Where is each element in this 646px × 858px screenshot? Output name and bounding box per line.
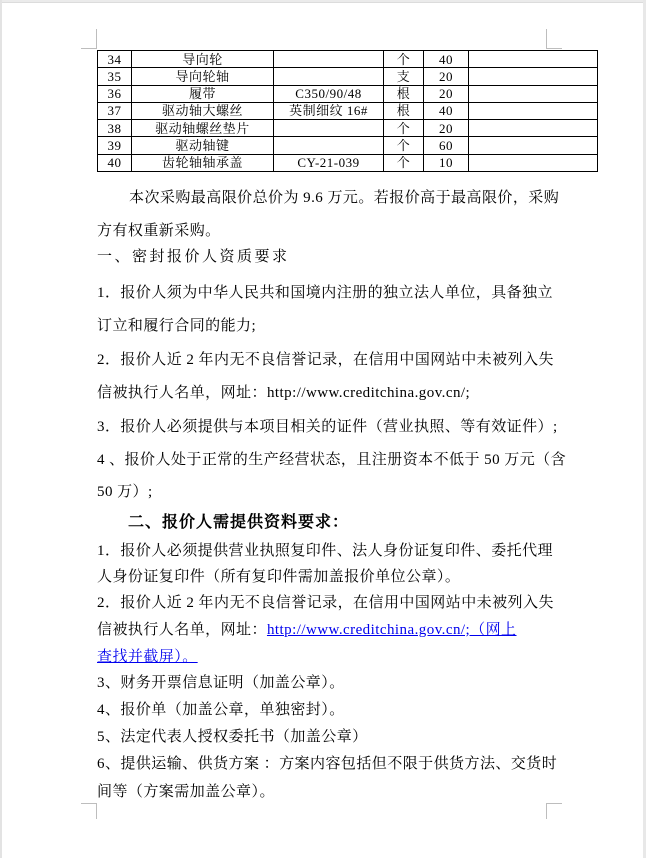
cell-unit: 支 [384, 68, 424, 85]
cell-qty: 20 [424, 68, 469, 85]
margin-mark-bottom-left [81, 803, 97, 819]
cell-qty: 40 [424, 51, 469, 68]
table-row: 35 导向轮轴 支 20 [98, 68, 598, 85]
cell-note [469, 102, 598, 119]
cell-note [469, 137, 598, 154]
intro-line-1: 本次采购最高限价总价为 9.6 万元。若报价高于最高限价，采购 [129, 188, 559, 208]
section2-item2-line1: 2．报价人近 2 年内无不良信誉记录，在信用中国网站中未被列入失 [97, 593, 554, 613]
table-row: 40 齿轮轴轴承盖 CY-21-039 个 10 [98, 154, 598, 171]
cell-name: 导向轮轴 [132, 68, 274, 85]
cell-name: 履带 [132, 85, 274, 102]
creditchina-link-continued[interactable]: 查找并截屏）。 [97, 649, 198, 665]
cell-unit: 个 [384, 137, 424, 154]
table-row: 36 履带 C350/90/48 根 20 [98, 85, 598, 102]
page-edge-left [0, 0, 2, 858]
cell-name: 驱动轴螺丝垫片 [132, 120, 274, 137]
section2-item6-line2: 间等（方案需加盖公章）。 [97, 782, 275, 802]
cell-name: 导向轮 [132, 51, 274, 68]
cell-note [469, 85, 598, 102]
creditchina-link[interactable]: http://www.creditchina.gov.cn/;（网上 [267, 622, 517, 638]
cell-spec [274, 120, 384, 137]
cell-no: 34 [98, 51, 132, 68]
cell-spec [274, 68, 384, 85]
cell-no: 39 [98, 137, 132, 154]
cell-name: 驱动轴键 [132, 137, 274, 154]
cell-unit: 个 [384, 51, 424, 68]
cell-note [469, 51, 598, 68]
cell-qty: 60 [424, 137, 469, 154]
cell-unit: 根 [384, 85, 424, 102]
section2-item5: 5、法定代表人授权委托书（加盖公章） [97, 727, 368, 747]
cell-note [469, 120, 598, 137]
page-edge-top [0, 0, 646, 3]
cell-qty: 20 [424, 85, 469, 102]
section2-heading: 二、报价人需提供资料要求： [128, 513, 349, 533]
cell-no: 36 [98, 85, 132, 102]
section1-item2-line2: 信被执行人名单，网址：http://www.creditchina.gov.cn… [97, 383, 470, 403]
cell-unit: 个 [384, 154, 424, 171]
section1-item1-line1: 1．报价人须为中华人民共和国境内注册的独立法人单位，具备独立 [97, 283, 553, 303]
cell-no: 37 [98, 102, 132, 119]
cell-name: 齿轮轴轴承盖 [132, 154, 274, 171]
table-row: 38 驱动轴螺丝垫片 个 20 [98, 120, 598, 137]
table-row: 37 驱动轴大螺丝 英制细纹 16# 根 40 [98, 102, 598, 119]
section1-item4-line2: 50 万）; [97, 482, 153, 502]
margin-mark-bottom-right [546, 803, 562, 819]
intro-line-2: 方有权重新采购。 [97, 221, 221, 241]
cell-spec [274, 51, 384, 68]
document-page: 34 导向轮 个 40 35 导向轮轴 支 20 36 履带 C350/90/4… [0, 0, 646, 858]
cell-no: 38 [98, 120, 132, 137]
cell-no: 40 [98, 154, 132, 171]
cell-spec [274, 137, 384, 154]
section2-item2-line3: 查找并截屏）。 [97, 647, 198, 667]
cell-spec: C350/90/48 [274, 85, 384, 102]
section2-item3: 3、财务开票信息证明（加盖公章）。 [97, 673, 345, 693]
cell-unit: 根 [384, 102, 424, 119]
section2-item2-line2: 信被执行人名单，网址：http://www.creditchina.gov.cn… [97, 620, 517, 640]
section1-item2-line1: 2．报价人近 2 年内无不良信誉记录，在信用中国网站中未被列入失 [97, 350, 554, 370]
section2-item4: 4、报价单（加盖公章，单独密封）。 [97, 700, 345, 720]
margin-mark-top-left [81, 29, 97, 49]
section2-item6-line1: 6、提供运输、供货方案 ：方案内容包括但不限于供货方法、交货时 [97, 754, 557, 774]
parts-table: 34 导向轮 个 40 35 导向轮轴 支 20 36 履带 C350/90/4… [97, 50, 598, 172]
section1-item4-line1: 4 、报价人处于正常的生产经营状态，且注册资本不低于 50 万元（含 [97, 450, 566, 470]
margin-mark-top-right [546, 29, 562, 49]
section2-item2-line2-prefix: 信被执行人名单，网址： [97, 622, 267, 638]
section2-item1-line1: 1．报价人必须提供营业执照复印件、法人身份证复印件、委托代理 [97, 541, 553, 561]
cell-unit: 个 [384, 120, 424, 137]
section1-item3: 3．报价人必须提供与本项目相关的证件（营业执照、等有效证件）; [97, 417, 558, 437]
section1-item1-line2: 订立和履行合同的能力; [97, 316, 256, 336]
table-row: 34 导向轮 个 40 [98, 51, 598, 68]
section2-item1-line2: 人身份证复印件（所有复印件需加盖报价单位公章）。 [97, 567, 460, 587]
cell-no: 35 [98, 68, 132, 85]
cell-note [469, 68, 598, 85]
cell-spec: CY-21-039 [274, 154, 384, 171]
cell-note [469, 154, 598, 171]
cell-name: 驱动轴大螺丝 [132, 102, 274, 119]
cell-spec: 英制细纹 16# [274, 102, 384, 119]
section1-heading: 一、密封报价人资质要求 [97, 247, 290, 267]
cell-qty: 10 [424, 154, 469, 171]
cell-qty: 40 [424, 102, 469, 119]
cell-qty: 20 [424, 120, 469, 137]
table-row: 39 驱动轴键 个 60 [98, 137, 598, 154]
